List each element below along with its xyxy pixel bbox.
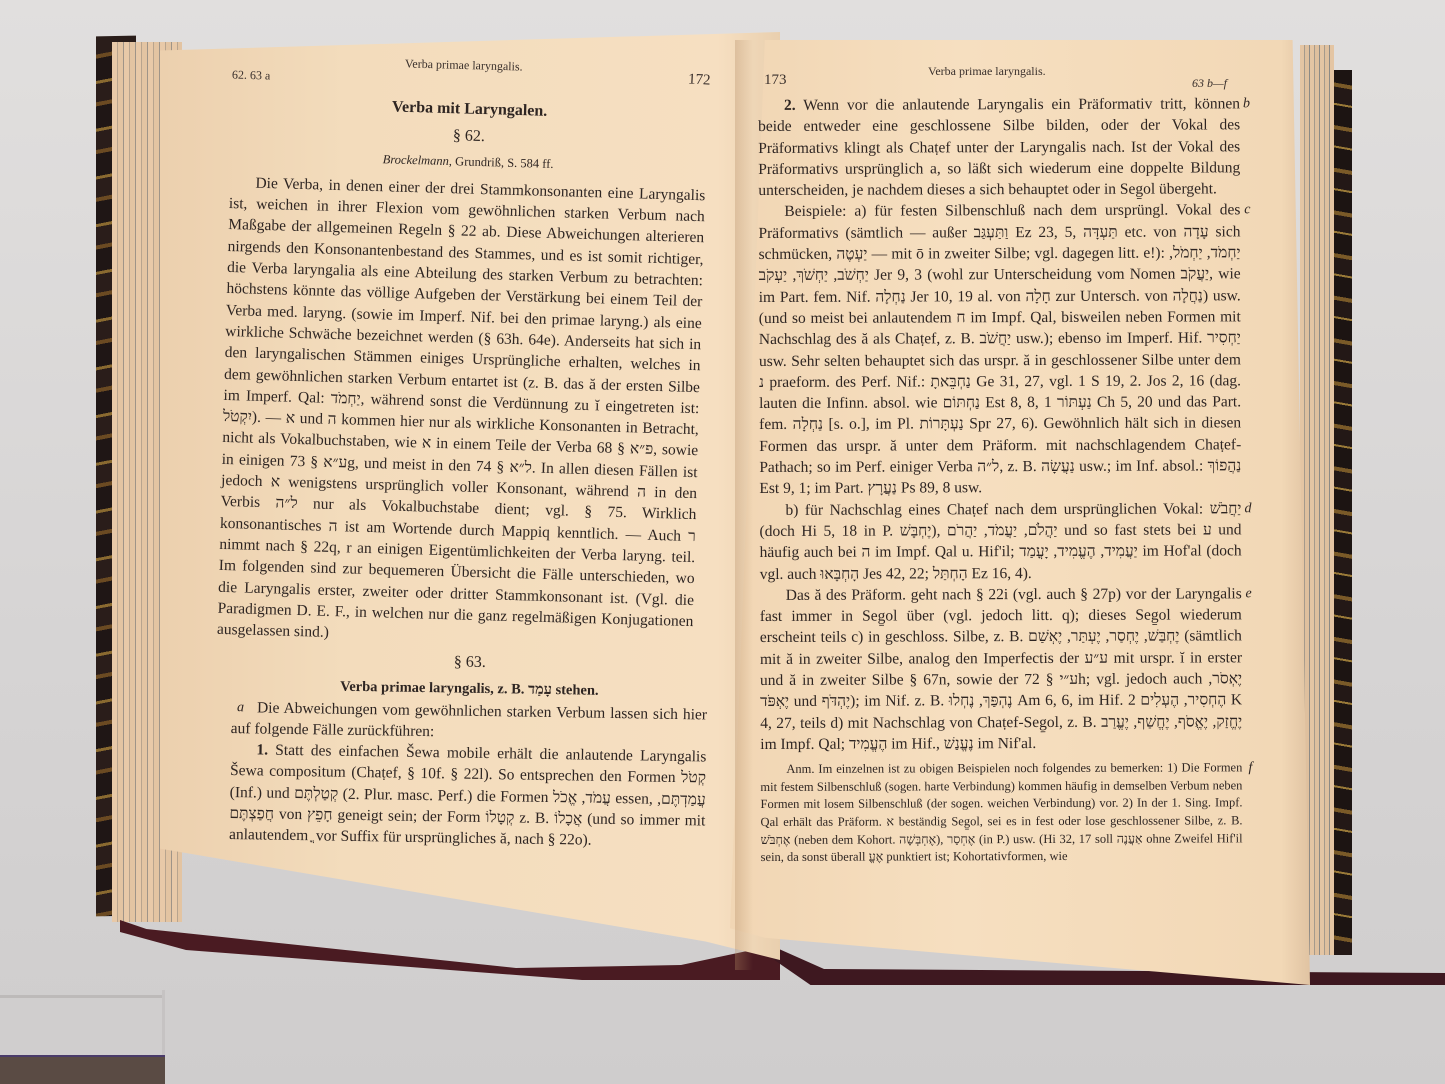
point-1-text: Statt des einfachen Šewa mobile erhält d… xyxy=(229,742,707,849)
point-2-label: 2. xyxy=(784,97,796,114)
point-1-label: 1. xyxy=(256,742,268,759)
background-dark-object xyxy=(0,1055,165,1084)
left-page-body: Verba mit Laryngalen. § 62. Brockelmann,… xyxy=(217,92,708,653)
paragraph-e-text: Das ă des Präform. geht nach § 22i (vgl.… xyxy=(760,585,1242,753)
section-63a-paragraph: aDie Abweichungen vom gewöhnlichen stark… xyxy=(231,697,708,747)
point-2-paragraph: 2. Wenn vor die anlautende Laryngalis ei… xyxy=(758,93,1240,201)
right-section-ref: 63 b—f xyxy=(1192,76,1227,91)
margin-letter-c: c xyxy=(1218,200,1250,221)
citation-rest: Grundriß, S. 584 ff. xyxy=(452,154,554,171)
margin-letter-d: d xyxy=(1218,498,1251,519)
point-2-text: Wenn vor die anlautende Laryngalis ein P… xyxy=(758,95,1240,199)
paragraph-e: Das ă des Präform. geht nach § 22i (vgl.… xyxy=(760,583,1243,755)
book-gutter xyxy=(735,40,753,970)
annotation-note: Anm. Im einzelnen ist zu obigen Beispiel… xyxy=(760,760,1242,867)
paragraph-c: Beispiele: a) für festen Silbenschluß na… xyxy=(758,200,1241,500)
margin-letter-e: e xyxy=(1219,583,1251,604)
left-page-section-63: § 63. Verba primae laryngalis, z. B. עָמ… xyxy=(229,648,708,853)
left-running-head: Verba primae laryngalis. xyxy=(405,56,523,74)
citation-author: Brockelmann, xyxy=(383,152,453,168)
section-63-point-1: 1. Statt des einfachen Šewa mobile erhäl… xyxy=(229,739,707,853)
margin-letter-a: a xyxy=(211,696,244,718)
paragraph-d-text: b) für Nachschlag eines Chaṭef nach dem … xyxy=(759,500,1241,583)
right-page-body: 2. Wenn vor die anlautende Laryngalis ei… xyxy=(758,93,1243,866)
right-page-number: 173 xyxy=(764,72,787,89)
background-shelf-line xyxy=(0,995,165,998)
left-page-number: 172 xyxy=(688,71,711,89)
margin-letter-f: f xyxy=(1222,759,1252,777)
margin-letter-b: b xyxy=(1217,93,1250,114)
paragraph-c-text: Beispiele: a) für festen Silbenschluß na… xyxy=(758,202,1241,498)
left-section-ref: 62. 63 a xyxy=(232,68,271,84)
right-running-head: Verba primae laryngalis. xyxy=(928,64,1046,79)
section-63a-text: Die Abweichungen vom gewöhnlichen starke… xyxy=(231,699,708,740)
section-62-paragraph: Die Verba, in denen einer der drei Stamm… xyxy=(217,172,706,654)
paragraph-d: b) für Nachschlag eines Chaṭef nach dem … xyxy=(759,498,1241,585)
annotation-note-text: Anm. Im einzelnen ist zu obigen Beispiel… xyxy=(760,761,1242,865)
